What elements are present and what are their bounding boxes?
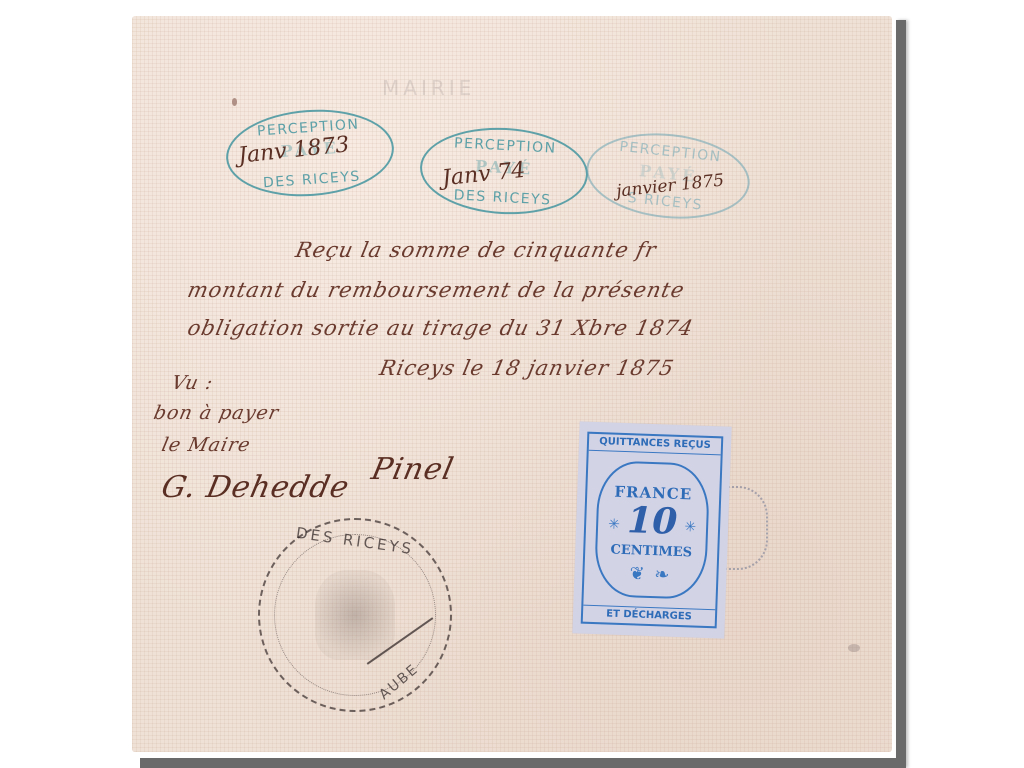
fiscal-stamp-frame: QUITTANCES REÇUS FRANCE ✳ 10 ✳ CENTIMES … [581, 432, 724, 629]
place-date-line: Riceys le 18 janvier 1875 [377, 356, 676, 380]
receipt-line-2: montant du remboursement de la présente [185, 278, 687, 302]
approval-seen-label: Vu : [170, 372, 216, 394]
approval-good-to-pay: bon à payer [152, 402, 281, 424]
mayor-signature: G. Dehedde [158, 470, 352, 505]
receipt-line-1: Reçu la somme de cinquante fr [293, 238, 658, 262]
receipt-line-3: obligation sortie au tirage du 31 Xbre 1… [185, 316, 695, 340]
mairie-round-seal: DES RICEYS AUBE [258, 518, 452, 712]
scroll-ornament-icon: ❦ ❧ [584, 562, 717, 588]
paper-shadow-right [896, 20, 906, 768]
fiscal-stamp-value: 10 [586, 498, 719, 545]
seal-emblem-icon [315, 570, 395, 660]
star-icon: ✳ [684, 519, 696, 535]
fiscal-stamp-bottom-band: ET DÉCHARGES [583, 605, 716, 627]
fiscal-stamp-top-band: QUITTANCES REÇUS [589, 434, 722, 456]
faint-header-text: MAIRIE [382, 76, 475, 100]
paper-shadow-bottom [140, 758, 906, 768]
receiver-signature: Pinel [368, 452, 457, 487]
document-paper: MAIRIE PERCEPTION PAYÉ DES RICEYS Janv 1… [132, 16, 892, 752]
stamp-bottom-text: DES RICEYS [230, 166, 395, 193]
fiscal-stamp: QUITTANCES REÇUS FRANCE ✳ 10 ✳ CENTIMES … [572, 421, 731, 638]
scene: MAIRIE PERCEPTION PAYÉ DES RICEYS Janv 1… [0, 0, 1024, 768]
ink-smudge [232, 98, 237, 106]
approval-mayor-label: le Maire [160, 434, 253, 456]
ink-smudge [848, 644, 860, 652]
